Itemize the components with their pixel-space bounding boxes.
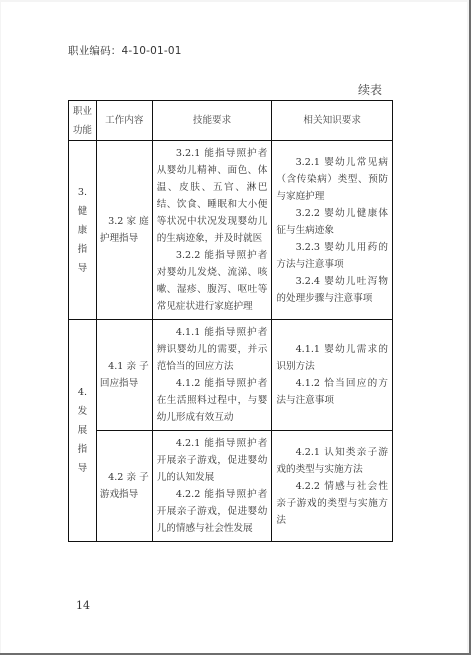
function-cell-development: 4. 发 展 指 导 <box>69 320 97 542</box>
table-row: 4.2 亲 子 游戏指导 4.2.1 能指导照护者开展亲子游戏，促进婴幼儿的认知… <box>69 431 393 542</box>
page-number: 14 <box>76 599 90 612</box>
function-cell-health: 3. 健 康 指 导 <box>69 141 97 320</box>
occupation-code: 职业编码：4-10-01-01 <box>68 43 182 58</box>
col-header-function-line: 职业 <box>69 102 96 121</box>
table-row: 3. 健 康 指 导 3.2 家 庭 护理指导 3.2.1 能指导照护者从婴幼儿… <box>69 141 393 320</box>
work-content-text: 护理指导 <box>100 230 149 247</box>
col-header-function-line: 功能 <box>69 121 96 140</box>
knowledge-item: 4.2.2 情感与社会性亲子游戏的类型与实施方法 <box>276 478 388 529</box>
competency-table: 职业 功能 工作内容 技能要求 相关知识要求 3. 健 康 指 导 3.2 家 … <box>68 100 393 542</box>
work-content-text: 4.2 亲 子 <box>100 469 149 486</box>
skill-item: 3.2.1 能指导照护者从婴幼儿精神、面色、体温、皮肤、五官、淋巴结、饮食、睡眠… <box>157 145 268 247</box>
function-text: 指 <box>69 240 96 259</box>
knowledge-item: 4.1.1 婴幼儿需求的识别方法 <box>276 341 388 375</box>
function-text: 发 <box>69 402 96 421</box>
table-header-row: 职业 功能 工作内容 技能要求 相关知识要求 <box>69 101 393 141</box>
skills-cell: 4.2.1 能指导照护者开展亲子游戏，促进婴幼儿的认知发展 4.2.2 能指导照… <box>152 431 272 542</box>
knowledge-item: 4.2.1 认知类亲子游戏的类型与实施方法 <box>276 444 388 478</box>
knowledge-item: 3.2.1 婴幼儿常见病（含传染病）类型、预防与家庭护理 <box>276 154 388 205</box>
work-content-text: 4.1 亲 子 <box>100 358 149 375</box>
knowledge-cell: 4.1.1 婴幼儿需求的识别方法 4.1.2 恰当回应的方法与注意事项 <box>272 320 393 431</box>
knowledge-cell: 4.2.1 认知类亲子游戏的类型与实施方法 4.2.2 情感与社会性亲子游戏的类… <box>272 431 393 542</box>
knowledge-item: 4.1.2 恰当回应的方法与注意事项 <box>276 375 388 409</box>
work-content-cell: 4.2 亲 子 游戏指导 <box>96 431 152 542</box>
skill-item: 4.1.1 能指导照护者辨识婴幼儿的需要，并示范恰当的回应方法 <box>157 324 268 375</box>
function-text: 指 <box>69 440 96 459</box>
col-header-work-content: 工作内容 <box>96 101 152 141</box>
function-text: 康 <box>69 221 96 240</box>
skill-item: 4.2.2 能指导照护者开展亲子游戏，促进婴幼儿的情感与社会性发展 <box>157 486 268 537</box>
knowledge-cell: 3.2.1 婴幼儿常见病（含传染病）类型、预防与家庭护理 3.2.2 婴幼儿健康… <box>272 141 393 320</box>
function-text: 导 <box>69 459 96 478</box>
function-text: 展 <box>69 421 96 440</box>
work-content-cell: 4.1 亲 子 回应指导 <box>96 320 152 431</box>
work-content-text: 3.2 家 庭 <box>100 213 149 230</box>
skills-cell: 4.1.1 能指导照护者辨识婴幼儿的需要，并示范恰当的回应方法 4.1.2 能指… <box>152 320 272 431</box>
skill-item: 4.2.1 能指导照护者开展亲子游戏，促进婴幼儿的认知发展 <box>157 435 268 486</box>
function-text: 导 <box>69 259 96 278</box>
table-row: 4. 发 展 指 导 4.1 亲 子 回应指导 4.1.1 能指导照护者辨识婴幼… <box>69 320 393 431</box>
skill-item: 3.2.2 能指导照护者对婴幼儿发烧、流涕、咳嗽、湿疹、腹泻、呕吐等常见症状进行… <box>157 247 268 315</box>
function-text: 健 <box>69 202 96 221</box>
knowledge-item: 3.2.3 婴幼儿用药的方法与注意事项 <box>276 239 388 273</box>
function-text: 3. <box>69 183 96 202</box>
skill-item: 4.1.2 能指导照护者在生活照料过程中，与婴幼儿形成有效互动 <box>157 375 268 426</box>
work-content-text: 游戏指导 <box>100 486 149 503</box>
knowledge-item: 3.2.2 婴幼儿健康体征与生病迹象 <box>276 205 388 239</box>
function-text: 4. <box>69 383 96 402</box>
col-header-knowledge: 相关知识要求 <box>272 101 393 141</box>
knowledge-item: 3.2.4 婴幼儿吐泻物的处理步骤与注意事项 <box>276 273 388 307</box>
col-header-function: 职业 功能 <box>69 101 97 141</box>
continued-label: 续表 <box>358 81 382 98</box>
skills-cell: 3.2.1 能指导照护者从婴幼儿精神、面色、体温、皮肤、五官、淋巴结、饮食、睡眠… <box>152 141 272 320</box>
work-content-cell: 3.2 家 庭 护理指导 <box>96 141 152 320</box>
work-content-text: 回应指导 <box>100 375 149 392</box>
col-header-skills: 技能要求 <box>152 101 272 141</box>
